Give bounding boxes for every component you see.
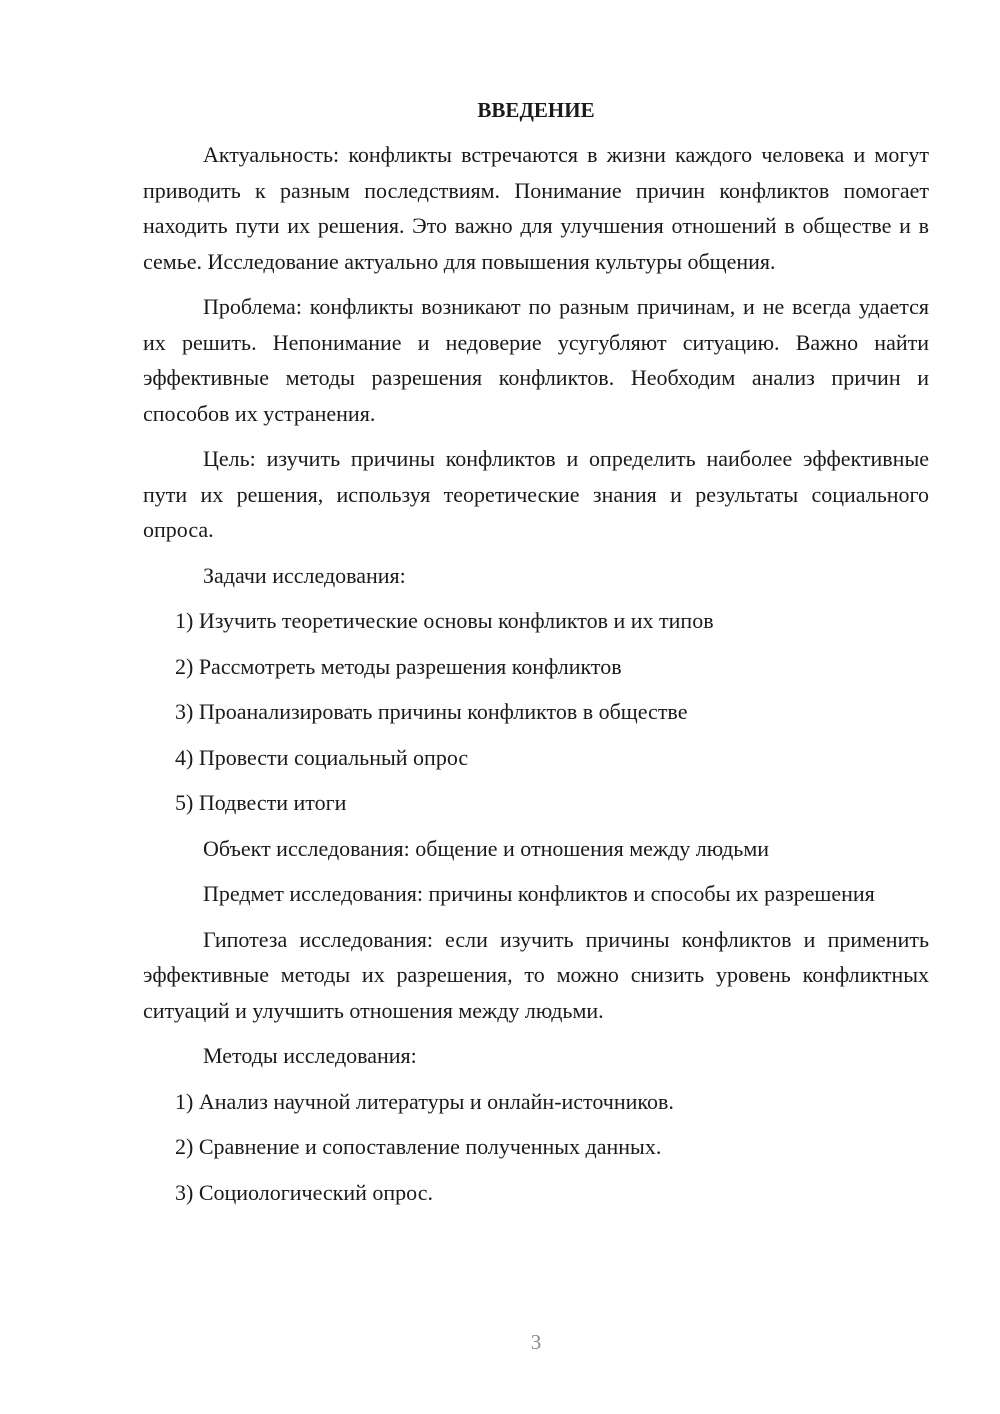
method-item: 3) Социологический опрос. bbox=[143, 1175, 929, 1211]
task-item: 1) Изучить теоретические основы конфликт… bbox=[143, 603, 929, 639]
task-item: 3) Проанализировать причины конфликтов в… bbox=[143, 694, 929, 730]
relevance-paragraph: Актуальность: конфликты встречаются в жи… bbox=[143, 137, 929, 279]
goal-paragraph: Цель: изучить причины конфликтов и опред… bbox=[143, 441, 929, 548]
section-title: ВВЕДЕНИЕ bbox=[143, 93, 929, 128]
method-item: 2) Сравнение и сопоставление полученных … bbox=[143, 1129, 929, 1165]
page-number: 3 bbox=[0, 1330, 1000, 1355]
tasks-heading: Задачи исследования: bbox=[143, 558, 929, 594]
hypothesis-paragraph: Гипотеза исследования: если изучить прич… bbox=[143, 922, 929, 1029]
methods-list: 1) Анализ научной литературы и онлайн-ис… bbox=[143, 1084, 929, 1211]
problem-paragraph: Проблема: конфликты возникают по разным … bbox=[143, 289, 929, 431]
method-item: 1) Анализ научной литературы и онлайн-ис… bbox=[143, 1084, 929, 1120]
object-paragraph: Объект исследования: общение и отношения… bbox=[143, 831, 929, 867]
subject-paragraph: Предмет исследования: причины конфликтов… bbox=[143, 876, 929, 912]
document-page: ВВЕДЕНИЕ Актуальность: конфликты встреча… bbox=[143, 93, 929, 1220]
task-item: 4) Провести социальный опрос bbox=[143, 740, 929, 776]
methods-heading: Методы исследования: bbox=[143, 1038, 929, 1074]
task-item: 2) Рассмотреть методы разрешения конфлик… bbox=[143, 649, 929, 685]
tasks-list: 1) Изучить теоретические основы конфликт… bbox=[143, 603, 929, 821]
task-item: 5) Подвести итоги bbox=[143, 785, 929, 821]
